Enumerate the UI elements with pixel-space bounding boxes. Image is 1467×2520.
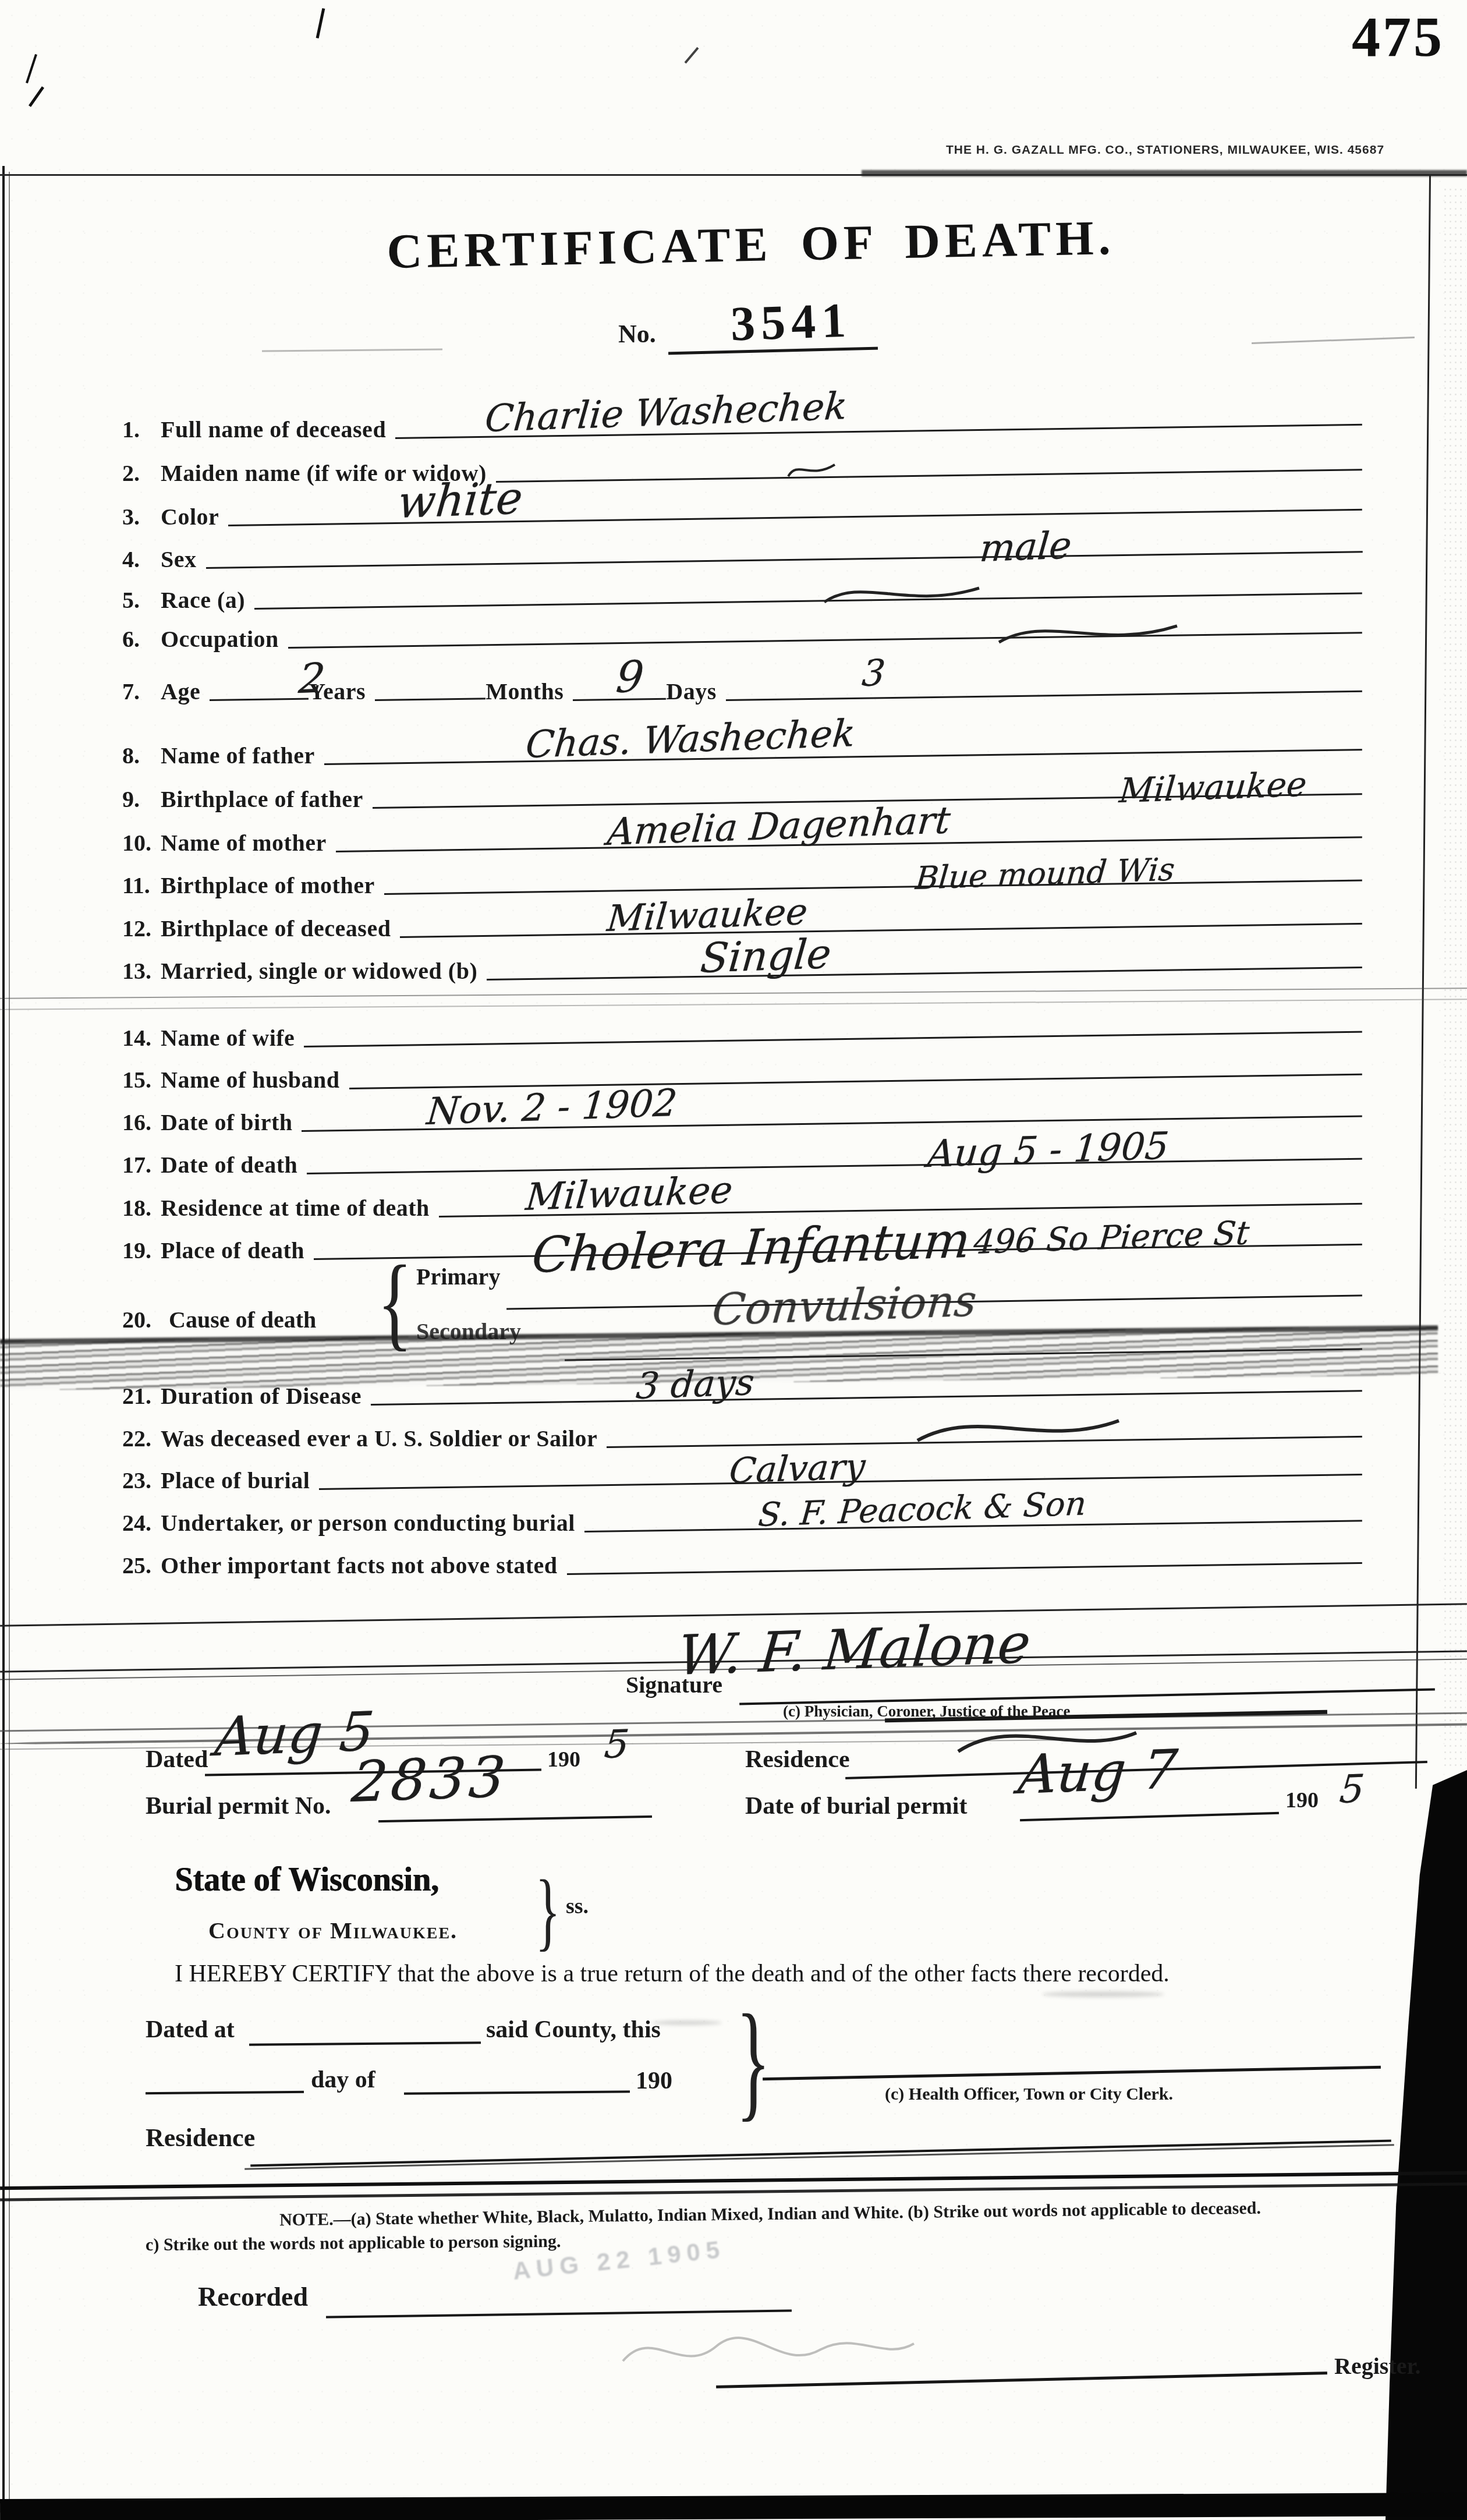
- field-number: 2.: [122, 459, 161, 487]
- page-number: 475: [1352, 5, 1444, 70]
- field-row-sex: 4. Sex male: [122, 532, 1362, 573]
- handwritten-burial-date: Aug 7: [1016, 1738, 1180, 1806]
- ink-flourish: [914, 1413, 1124, 1447]
- signature-caption-prefix: (c) Physician,: [783, 1703, 873, 1720]
- field-row-age: 7. Age Years Months Days 2 9 3: [122, 664, 1362, 705]
- blank-line: [249, 2041, 481, 2045]
- officer-signature-line: [763, 2066, 1381, 2080]
- scan-black-edge: [1385, 1770, 1467, 2520]
- field-row-wife-name: 14. Name of wife: [122, 1011, 1362, 1052]
- scan-black-bottom-bar: [0, 2493, 1467, 2520]
- field-line: [288, 632, 1362, 649]
- scan-smudge: [652, 2020, 722, 2025]
- field-number: 22.: [122, 1425, 161, 1452]
- field-number: 18.: [122, 1194, 161, 1222]
- blank-line: [404, 2090, 630, 2094]
- field-row-color: 3. Color white: [122, 490, 1362, 530]
- field-line: [254, 592, 1362, 610]
- field-row-birth-date: 16. Date of birth Nov. 2 - 1902: [122, 1095, 1362, 1136]
- field-label: Race (a): [161, 586, 254, 614]
- burial-permit-label: Burial permit No.: [146, 1792, 331, 1820]
- field-row-place-of-burial: 23. Place of burial Calvary: [122, 1453, 1362, 1494]
- blank-line: [146, 2091, 304, 2094]
- left-margin-rule-inner: [9, 172, 10, 2520]
- field-number: 5.: [122, 586, 161, 614]
- field-line: [496, 469, 1362, 483]
- handwritten-secondary-cause: Convulsions: [710, 1276, 979, 1335]
- state-heading: State of Wisconsin,: [175, 1860, 439, 1899]
- field-row-death-date: 17. Date of death Aug 5 - 1905: [122, 1138, 1362, 1178]
- field-label: Residence at time of death: [161, 1194, 439, 1222]
- field-row-occupation: 6. Occupation: [122, 612, 1362, 653]
- field-line: [566, 1562, 1362, 1575]
- field-number: 7.: [122, 678, 161, 705]
- field-number: 13.: [122, 957, 161, 985]
- recorded-line: [326, 2309, 792, 2318]
- certification-statement: I HEREBY CERTIFY that the above is a tru…: [175, 1960, 1170, 1988]
- scan-artifact-line: [262, 348, 442, 352]
- field-line: [400, 923, 1362, 938]
- field-line: [304, 1031, 1362, 1047]
- scan-artifact-line: [0, 999, 1467, 1010]
- top-rule-smudge: [862, 170, 1467, 176]
- ink-mark: [26, 54, 37, 84]
- field-label: Birthplace of father: [161, 785, 373, 813]
- field-line: [205, 551, 1362, 569]
- brace-glyph: {: [377, 1242, 412, 1362]
- field-row-father-name: 8. Name of father Chas. Washechek: [122, 728, 1362, 769]
- handwritten-value: Nov. 2 - 1902: [425, 1082, 679, 1134]
- field-row-husband-name: 15. Name of husband: [122, 1053, 1362, 1093]
- field-line: [349, 1074, 1362, 1089]
- field-row-other-facts: 25. Other important facts not above stat…: [122, 1538, 1362, 1579]
- handwritten-value: male: [978, 524, 1073, 571]
- field-label: Place of burial: [161, 1467, 319, 1494]
- handwritten-age-years: 2: [297, 654, 327, 703]
- footnote-a-b: NOTE.—(a) State whether White, Black, Mu…: [279, 2199, 1261, 2231]
- scan-smudge: [1042, 1991, 1164, 1997]
- field-number: 25.: [122, 1552, 161, 1579]
- field-line: [375, 698, 486, 701]
- field-row-soldier-sailor: 22. Was deceased ever a U. S. Soldier or…: [122, 1411, 1362, 1452]
- field-number: 4.: [122, 546, 161, 573]
- county-heading: County of Milwaukee.: [208, 1917, 458, 1944]
- field-label: Name of wife: [161, 1024, 304, 1052]
- residence-label: Residence: [745, 1746, 850, 1774]
- field-line: [565, 1348, 1362, 1361]
- handwritten-value: Milwaukee: [1118, 765, 1309, 810]
- field-label: Date of death: [161, 1151, 307, 1178]
- ink-flourish: [821, 580, 984, 609]
- ss-abbreviation: ss.: [566, 1893, 589, 1919]
- field-label: Age: [161, 678, 210, 705]
- field-label: Name of husband: [161, 1066, 349, 1093]
- scan-noise-column: [1443, 186, 1466, 1770]
- dated-label: Dated: [146, 1746, 208, 1774]
- secondary-label: Secondary: [416, 1318, 521, 1345]
- certificate-number-label: No.: [618, 319, 656, 349]
- handwritten-value: 3 days: [635, 1361, 756, 1407]
- primary-label: Primary: [416, 1263, 500, 1290]
- handwritten-value: Milwaukee: [524, 1169, 734, 1219]
- field-label: Married, single or widowed (b): [161, 957, 487, 985]
- field-row-full-name: 1. Full name of deceased Charlie Washech…: [122, 402, 1362, 443]
- field-number: 20.: [122, 1306, 151, 1333]
- field-number: 10.: [122, 829, 161, 856]
- stationer-imprint: THE H. G. GAZALL MFG. CO., STATIONERS, M…: [946, 143, 1365, 157]
- field-label: Color: [161, 503, 228, 530]
- field-number: 11.: [122, 872, 161, 899]
- scan-artifact-line: [1252, 337, 1415, 344]
- field-number: 12.: [122, 915, 161, 942]
- day-of-label: day of: [311, 2066, 375, 2094]
- field-number: 15.: [122, 1066, 161, 1093]
- handwritten-value: Aug 5 - 1905: [926, 1124, 1171, 1176]
- burial-permit-line: [378, 1815, 652, 1822]
- field-label: Cause of death: [169, 1306, 316, 1333]
- footnote-c: c) Strike out the words not applicable t…: [146, 2232, 561, 2255]
- field-line: [307, 1158, 1362, 1174]
- handwritten-year-digit: 5: [603, 1721, 631, 1767]
- handwritten-signature: W. F. Malone: [675, 1612, 1033, 1688]
- field-label: Date of birth: [161, 1109, 302, 1136]
- ink-mark: [316, 8, 325, 38]
- ink-mark: [685, 47, 699, 64]
- field-label: Full name of deceased: [161, 416, 395, 443]
- brace-glyph: }: [535, 1861, 560, 1961]
- ink-flourish: [995, 619, 1182, 648]
- handwritten-year-digit: 5: [1338, 1766, 1366, 1812]
- ink-mark: [29, 86, 44, 107]
- field-label: Birthplace of deceased: [161, 915, 400, 942]
- handwritten-value: Single: [699, 930, 833, 982]
- field-label-months: Months: [486, 678, 573, 705]
- field-label: Name of mother: [161, 829, 336, 856]
- field-row-maiden-name: 2. Maiden name (if wife or widow): [122, 446, 1362, 487]
- residence-line-bottom: [250, 2140, 1391, 2167]
- field-row-race: 5. Race (a): [122, 573, 1362, 614]
- faint-signature-squiggle: [617, 2320, 920, 2379]
- field-label: Undertaker, or person conducting burial: [161, 1509, 584, 1537]
- left-margin-rule: [2, 166, 5, 2520]
- right-margin-rule: [1415, 176, 1431, 1789]
- handwritten-value: Chas. Washechek: [524, 712, 857, 767]
- field-number: 21.: [122, 1382, 161, 1410]
- handwritten-age-months: 9: [614, 652, 646, 703]
- handwritten-dated: Aug 5: [212, 1700, 377, 1768]
- officer-caption: (c) Health Officer, Town or City Clerk.: [885, 2084, 1173, 2104]
- handwritten-value: Blue mound Wis: [914, 851, 1177, 897]
- year-prefix: 190: [1285, 1788, 1319, 1813]
- certificate-number-value: 3541: [729, 292, 852, 352]
- brace-glyph: }: [736, 1984, 770, 2136]
- year-prefix: 190: [636, 2067, 672, 2095]
- year-prefix: 190: [547, 1747, 580, 1772]
- scan-artifact-line: [0, 988, 1467, 999]
- field-label: Sex: [161, 546, 206, 573]
- field-label: Birthplace of mother: [161, 872, 384, 899]
- field-label: Duration of Disease: [161, 1382, 371, 1410]
- field-number: 8.: [122, 742, 161, 769]
- residence-label-bottom: Residence: [146, 2123, 255, 2153]
- field-line: [210, 698, 309, 701]
- field-number: 9.: [122, 785, 161, 813]
- field-row-cause-of-death: 20. Cause of death { Primary Cholera Inf…: [122, 1249, 1362, 1357]
- field-number: 6.: [122, 625, 161, 653]
- register-label: Register.: [1334, 2352, 1420, 2380]
- field-number: 23.: [122, 1467, 161, 1494]
- residence-line-bottom-double: [245, 2144, 1394, 2169]
- burial-date-label: Date of burial permit: [745, 1792, 967, 1820]
- handwritten-primary-cause: Cholera Infantum: [530, 1211, 973, 1284]
- field-number: 24.: [122, 1509, 161, 1537]
- field-line: [384, 880, 1362, 895]
- field-row-duration: 21. Duration of Disease 3 days: [122, 1369, 1362, 1410]
- field-row-undertaker: 24. Undertaker, or person conducting bur…: [122, 1496, 1362, 1537]
- burial-date-line: [1020, 1812, 1279, 1821]
- field-number: 1.: [122, 416, 161, 443]
- field-number: 17.: [122, 1151, 161, 1178]
- field-number: 16.: [122, 1109, 161, 1136]
- handwritten-value: Calvary: [728, 1446, 867, 1492]
- document-title: CERTIFICATE OF DEATH.: [349, 209, 1153, 281]
- field-line: [726, 691, 1362, 701]
- death-certificate-scan: 475 THE H. G. GAZALL MFG. CO., STATIONER…: [0, 0, 1467, 2520]
- field-label-days: Days: [666, 678, 725, 705]
- field-line: [371, 1390, 1362, 1406]
- field-label: Occupation: [161, 625, 288, 653]
- dated-at-label: Dated at: [146, 2016, 235, 2044]
- field-label: Was deceased ever a U. S. Soldier or Sai…: [161, 1425, 607, 1452]
- said-county-label: said County, this: [486, 2016, 661, 2044]
- recorded-label: Recorded: [198, 2281, 308, 2312]
- handwritten-permit-number: 2833: [349, 1744, 511, 1815]
- field-number: 14.: [122, 1024, 161, 1052]
- field-row-marital-status: 13. Married, single or widowed (b) Singl…: [122, 944, 1362, 985]
- field-row-residence-at-death: 18. Residence at time of death Milwaukee: [122, 1181, 1362, 1222]
- ink-flourish: [786, 459, 838, 482]
- field-label: Name of father: [161, 742, 324, 769]
- field-label: Other important facts not above stated: [161, 1552, 567, 1579]
- field-line: [487, 967, 1362, 981]
- handwritten-age-days: 3: [860, 651, 887, 695]
- field-number: 3.: [122, 503, 161, 530]
- handwritten-value: white: [396, 472, 525, 528]
